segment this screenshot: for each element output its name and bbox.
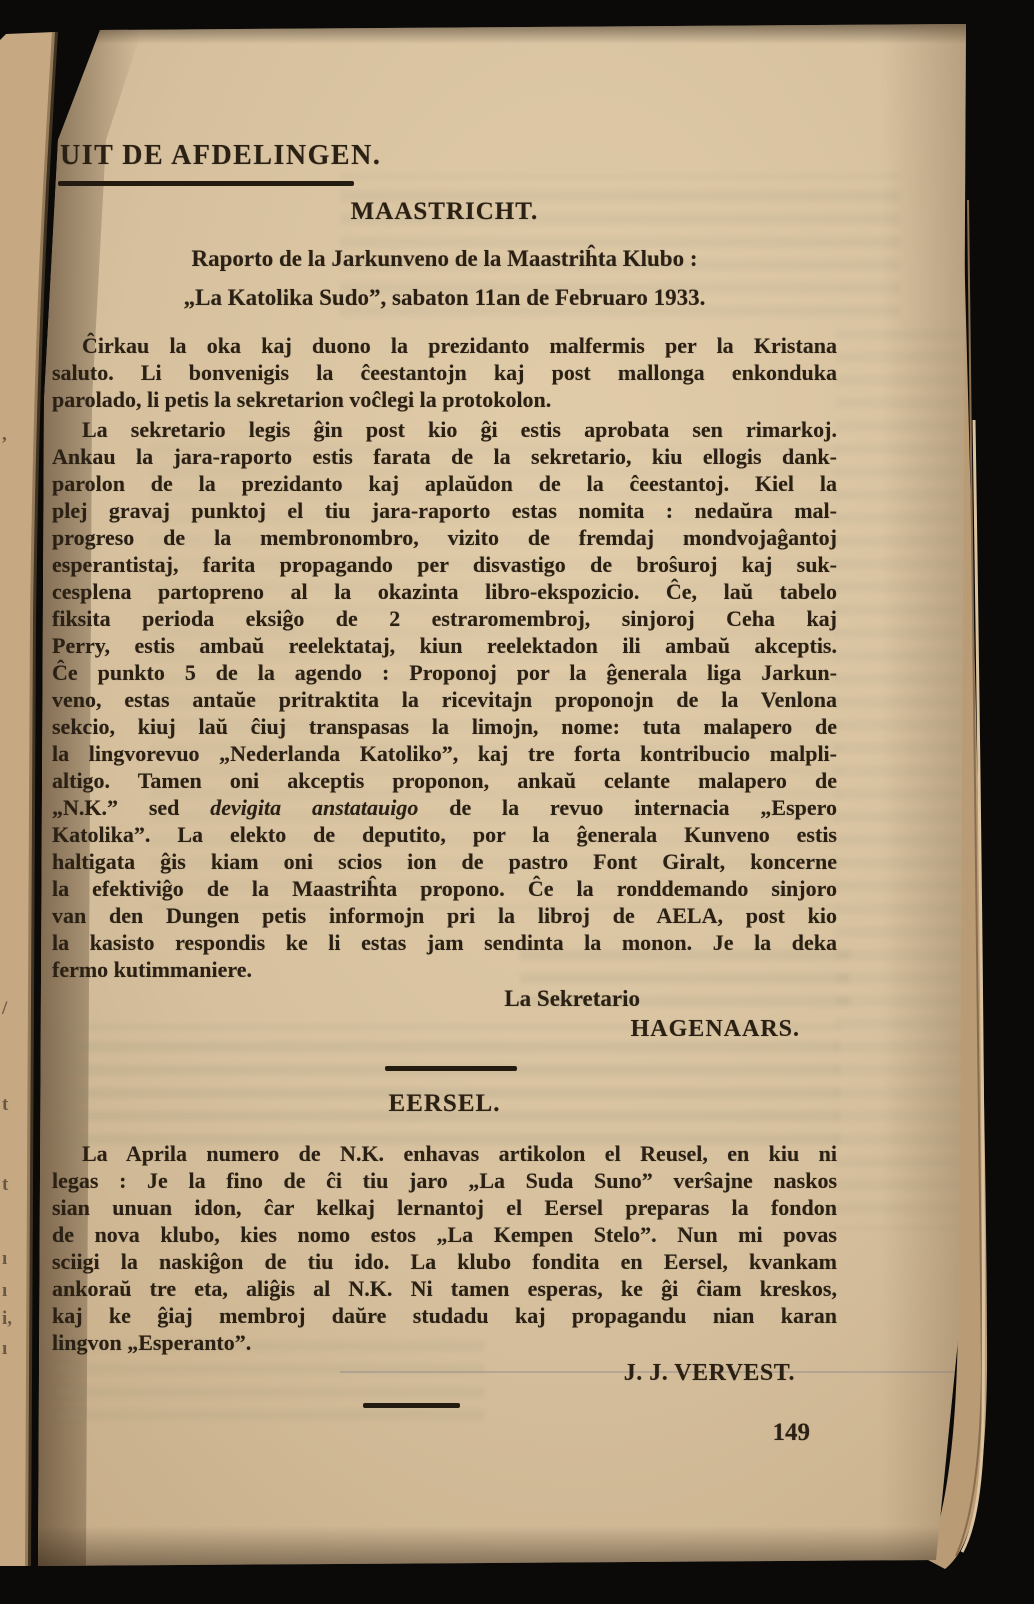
- body-line: Katolika”. La elekto de deputito, por la…: [52, 821, 837, 848]
- body-line-text: „N.K.” sed: [52, 795, 210, 820]
- page-number: 149: [52, 1419, 837, 1447]
- body-line: haltigata ĝis kiam oni scios ion de past…: [52, 848, 837, 875]
- body-line: altigo. Tamen oni akceptis proponon, ank…: [52, 767, 837, 794]
- body-line: la efektiviĝo de la Maastriĥta propono. …: [52, 875, 837, 902]
- paragraph: La sekretario legis ĝin post kio ĝi esti…: [52, 416, 837, 983]
- article-title-eersel: EERSEL.: [52, 1090, 837, 1118]
- signature-name-vervest: J. J. VERVEST.: [52, 1360, 837, 1387]
- article-body-eersel: La Aprila numero de N.K. enhavas artikol…: [52, 1140, 837, 1356]
- body-line: fiksita perioda eksiĝo de 2 estraromembr…: [52, 605, 837, 632]
- page-content: UIT DE AFDELINGEN. MAASTRICHT. Raporto d…: [0, 0, 1034, 1604]
- section-divider: [363, 1403, 460, 1408]
- body-line: Ĉirkau la oka kaj duono la prezidanto ma…: [52, 332, 837, 359]
- book-photo: ,/ttııi,ı UIT DE AFDELINGEN. MAASTRICHT.…: [0, 0, 1034, 1604]
- article-body-maastricht: Ĉirkau la oka kaj duono la prezidanto ma…: [52, 332, 837, 983]
- paragraph: Ĉirkau la oka kaj duono la prezidanto ma…: [52, 332, 837, 413]
- body-line: Ankau la jara-raporto estis farata de la…: [52, 443, 837, 470]
- body-line: veno, estas antaŭe pritraktita la ricevi…: [52, 686, 837, 713]
- body-line: sciigi la naskiĝon de tiu ido. La klubo …: [52, 1248, 837, 1275]
- paragraph: La Aprila numero de N.K. enhavas artikol…: [52, 1140, 837, 1356]
- body-line: la kasisto respondis ke li estas jam sen…: [52, 929, 837, 956]
- body-line: la lingvorevuo „Nederlanda Katoliko”, ka…: [52, 740, 837, 767]
- body-line: saluto. Li bonvenigis la ĉeestantojn kaj…: [52, 359, 837, 386]
- body-line: sian unuan idon, ĉar kelkaj lernantoj el…: [52, 1194, 837, 1221]
- body-line: sekcio, kiuj laŭ ĉiuj transpasas la limo…: [52, 713, 837, 740]
- body-line: kaj ke ĝiaj membroj daŭre studadu kaj pr…: [52, 1302, 837, 1329]
- body-line: esperantistaj, farita propagando per dis…: [52, 551, 837, 578]
- body-line-text: de la revuo internacia „Espero: [418, 795, 837, 820]
- body-line: parolado, li petis la sekretarion voĉleg…: [52, 386, 837, 413]
- body-line: legas : Je la fino de ĉi tiu jaro „La Su…: [52, 1167, 837, 1194]
- signature-role: La Sekretario: [52, 986, 837, 1012]
- body-line: Perry, estis ambaŭ reelektataj, kiun ree…: [52, 632, 837, 659]
- body-line: de nova klubo, kies nomo estos „La Kempe…: [52, 1221, 837, 1248]
- section-header: UIT DE AFDELINGEN.: [60, 140, 381, 172]
- body-line: ankoraŭ tre eta, aliĝis al N.K. Ni tamen…: [52, 1275, 837, 1302]
- italic-phrase: devigita anstatauigo: [210, 795, 418, 820]
- section-divider: [385, 1066, 517, 1071]
- body-line: La sekretario legis ĝin post kio ĝi esti…: [52, 416, 837, 443]
- body-line: La Aprila numero de N.K. enhavas artikol…: [52, 1140, 837, 1167]
- signature-name-hagenaars: HAGENAARS.: [52, 1016, 837, 1043]
- body-line: plej gravaj punktoj el tiu jara-raporto …: [52, 497, 837, 524]
- body-line: Ĉe punkto 5 de la agendo : Proponoj por …: [52, 659, 837, 686]
- body-line: progreso de la membronombro, vizito de f…: [52, 524, 837, 551]
- body-line: „N.K.” sed devigita anstatauigo de la re…: [52, 794, 837, 821]
- article-subtitle-line: „La Katolika Sudo”, sabaton 11an de Febr…: [52, 285, 837, 311]
- body-line: cesplena partopreno al la okazinta libro…: [52, 578, 837, 605]
- article-subtitle-line: Raporto de la Jarkunveno de la Maastriĥt…: [52, 246, 837, 272]
- article-title-maastricht: MAASTRICHT.: [52, 198, 837, 226]
- body-line: lingvon „Esperanto”.: [52, 1329, 837, 1356]
- section-header-rule: [58, 181, 354, 186]
- body-line: fermo kutimmaniere.: [52, 956, 837, 983]
- body-line: van den Dungen petis informojn pri la li…: [52, 902, 837, 929]
- body-line: parolon de la prezidanto kaj aplaŭdon de…: [52, 470, 837, 497]
